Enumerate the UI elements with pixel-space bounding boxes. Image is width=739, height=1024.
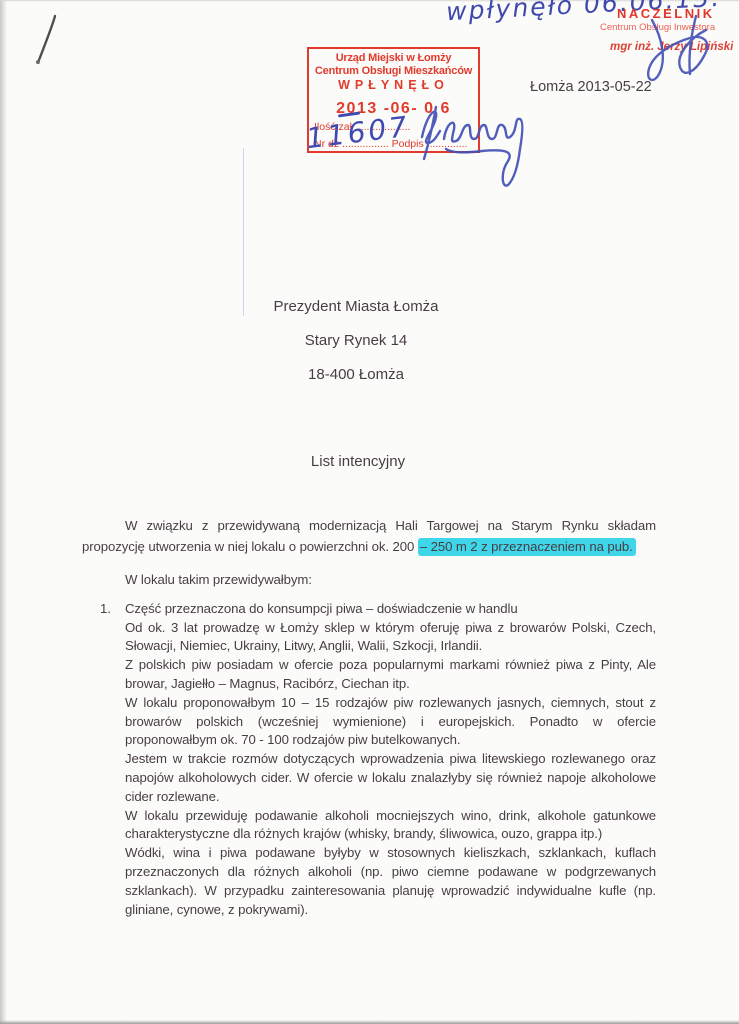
highlighted-text: – 250 m 2 z przeznaczeniem na pub. [418,538,636,556]
paragraph-line: Wódki, wina i piwa podawane byłyby w sto… [125,844,656,919]
signature-podpis [408,93,538,203]
paragraph-line: W lokalu proponowałbym 10 – 15 rodzajów … [125,694,656,750]
paper-fold-line [243,148,244,316]
scan-edge-bottom [0,1020,739,1024]
scan-edge-left [0,0,7,1024]
recipient-line: 18-400 Łomża [0,365,712,385]
paragraph-line: Od ok. 3 lat prowadzę w Łomży sklep w kt… [125,619,656,657]
recipient-address: Prezydent Miasta ŁomżaStary Rynek 1418-4… [0,297,712,399]
stamp-center-line: Centrum Obsługi Mieszkańców [309,65,478,78]
numbered-list-item: 1. Część przeznaczona do konsumpcji piwa… [82,600,656,920]
intro-paragraph: W związku z przewidywaną modernizacją Ha… [82,515,656,557]
recipient-line: Stary Rynek 14 [0,331,712,351]
letter-body: W związku z przewidywaną modernizacją Ha… [82,515,656,919]
lead-sentence: W lokalu takim przewidywałbym: [125,571,656,590]
paragraph-line: Z polskich piw posiadam w ofercie poza p… [125,656,656,694]
list-item-paragraphs: Część przeznaczona do konsumpcji piwa – … [125,600,656,920]
signature-naczelnik [630,8,730,88]
recipient-line: Prezydent Miasta Łomża [0,297,712,317]
scanned-letter-page: wpłynęło 06.06.13. NACZELNIK Centrum Obs… [0,0,739,1024]
stamp-office-line: Urząd Miejski w Łomży [309,52,478,65]
place-and-date: Łomża 2013-05-22 [530,79,652,95]
list-item-number: 1. [82,600,125,920]
document-title: List intencyjny [0,453,716,470]
stamp-received-word: WPŁYNĘŁO [309,78,478,92]
paragraph-line: W lokalu przewiduję podawanie alkoholi m… [125,807,656,845]
paragraph-line: Część przeznaczona do konsumpcji piwa – … [125,600,656,619]
pen-stroke-mark [22,8,66,72]
paragraph-line: Jestem w trakcie rozmów dotyczących wpro… [125,750,656,806]
